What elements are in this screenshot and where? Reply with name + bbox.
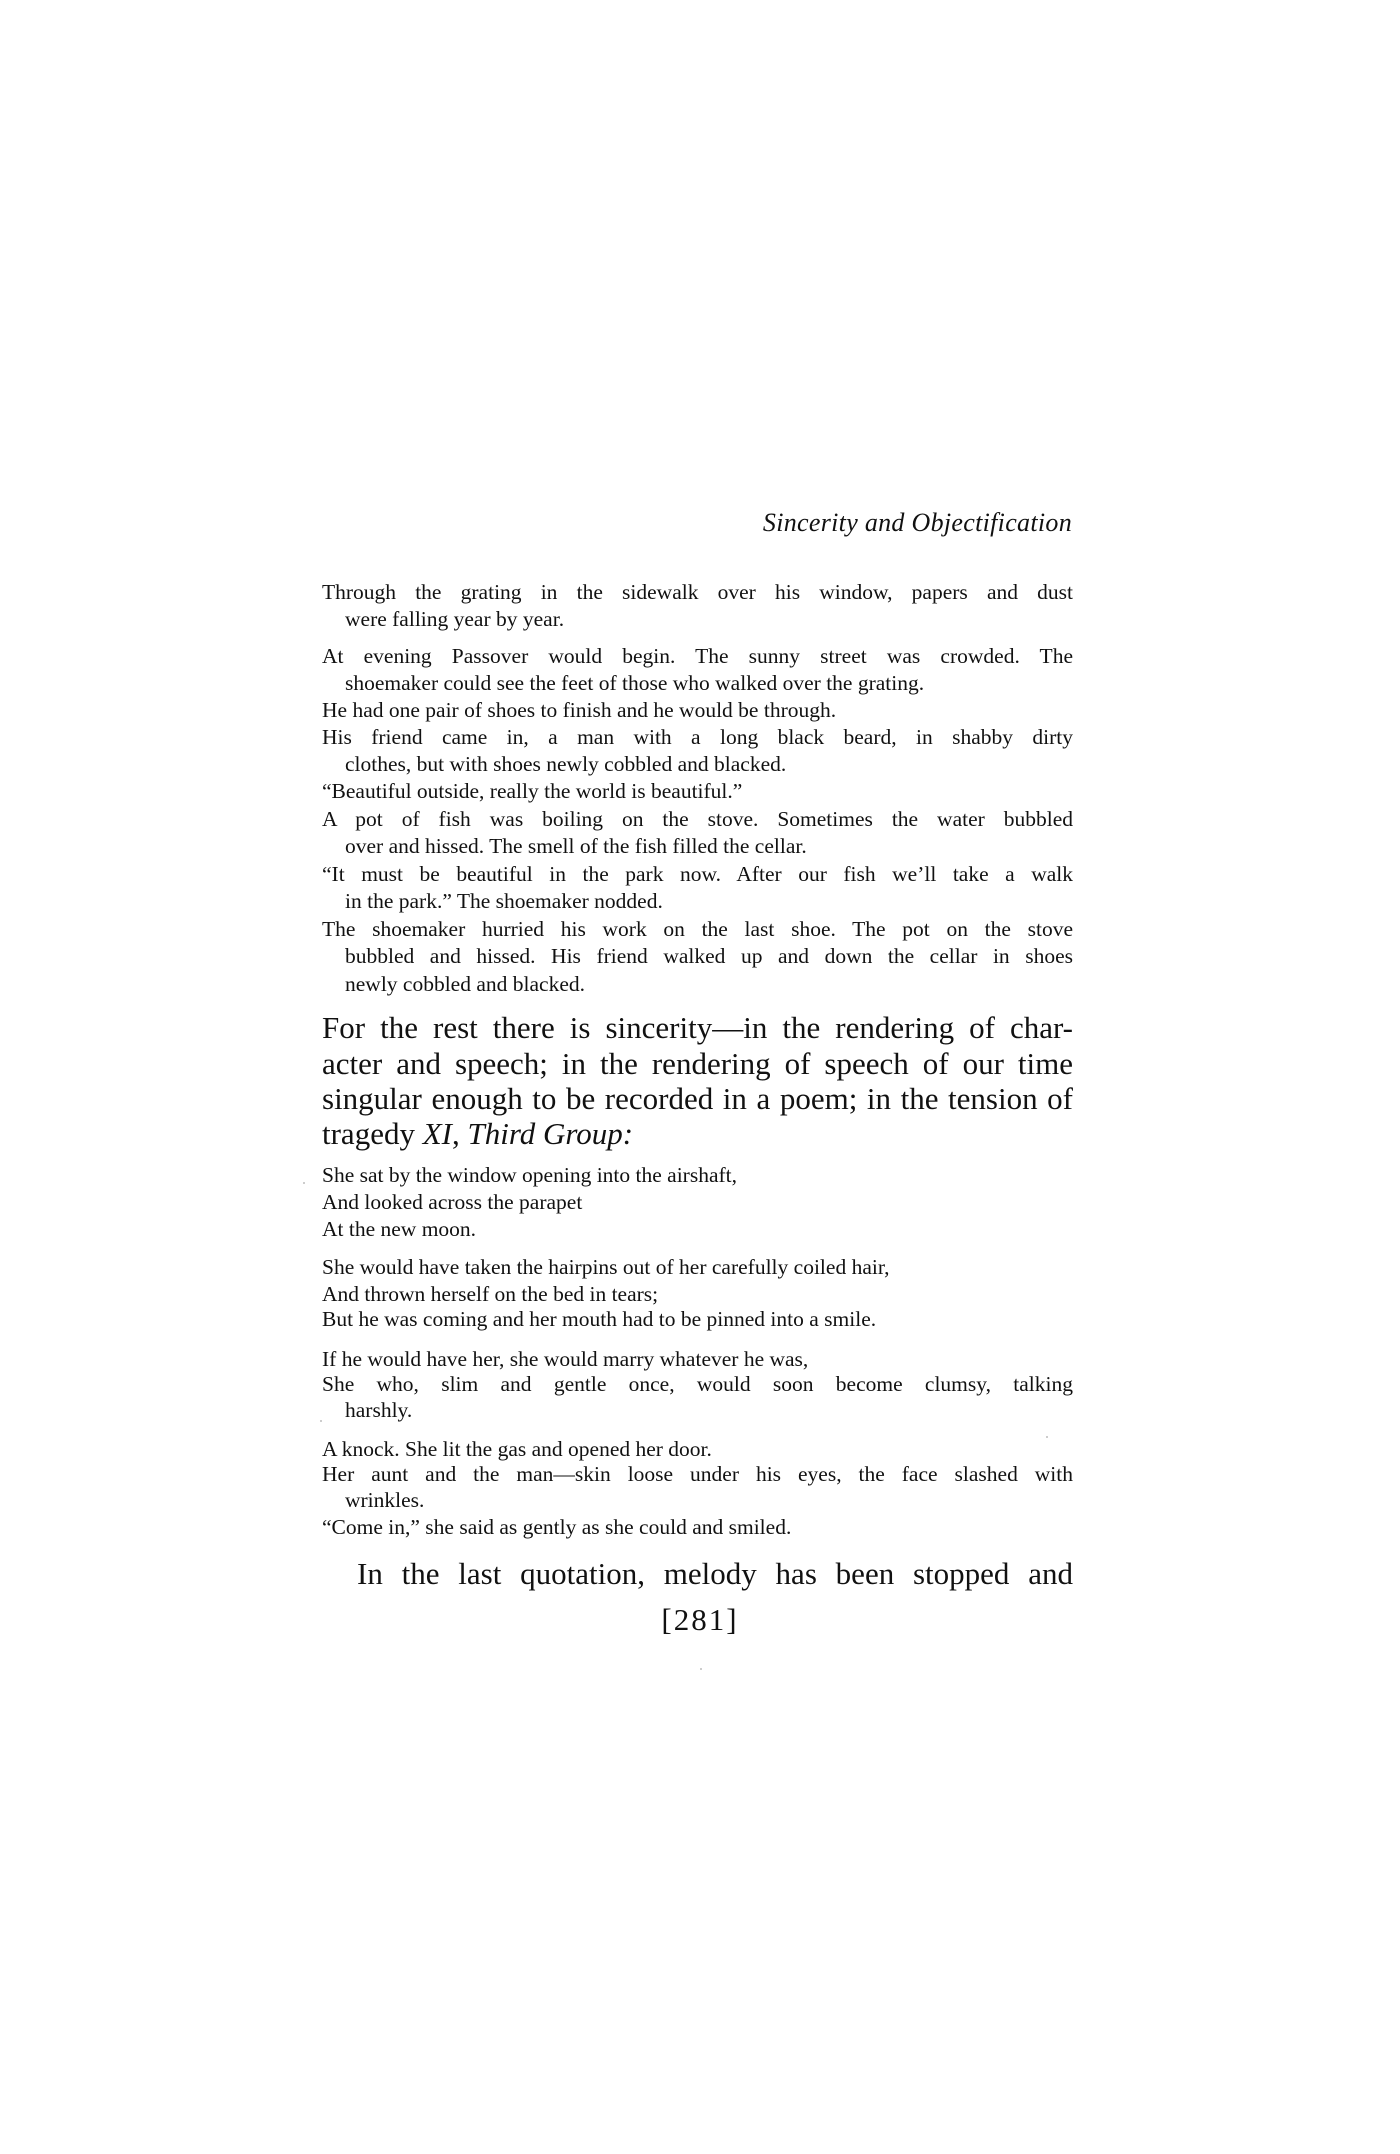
paragraph-continuation-line: In the last quotation, melody has been s… (357, 1556, 1073, 1592)
quote-line: bubbled and hissed. His friend walked up… (345, 943, 1073, 969)
quote-line: clothes, but with shoes newly cobbled an… (345, 751, 786, 777)
paragraph-text: tragedy (322, 1116, 423, 1151)
verse-line: And thrown herself on the bed in tears; (322, 1281, 658, 1307)
scan-speck (303, 1182, 305, 1184)
verse-line: “Come in,” she said as gently as she cou… (322, 1514, 791, 1540)
paragraph-line: singular enough to be recorded in a poem… (322, 1081, 1073, 1117)
verse-line: She would have taken the hairpins out of… (322, 1254, 890, 1280)
quote-line: His friend came in, a man with a long bl… (322, 724, 1073, 750)
verse-line: A knock. She lit the gas and opened her … (322, 1436, 712, 1462)
running-head: Sincerity and Objectification (322, 507, 1072, 539)
paragraph-text: , (452, 1116, 468, 1151)
paragraph-line: acter and speech; in the rendering of sp… (322, 1046, 1073, 1082)
quote-line: newly cobbled and blacked. (345, 971, 585, 997)
verse-line: wrinkles. (345, 1487, 424, 1513)
paragraph-line: tragedy XI, Third Group: (322, 1116, 633, 1152)
quote-line: “It must be beautiful in the park now. A… (322, 861, 1073, 887)
verse-line: She sat by the window opening into the a… (322, 1162, 737, 1188)
verse-line: But he was coming and her mouth had to b… (322, 1306, 876, 1332)
scan-speck (700, 1668, 702, 1670)
quote-line: At evening Passover would begin. The sun… (322, 643, 1073, 669)
verse-line: Her aunt and the man—skin loose under hi… (322, 1461, 1073, 1487)
quote-line: He had one pair of shoes to finish and h… (322, 697, 836, 723)
quote-line: in the park.” The shoemaker nodded. (345, 888, 663, 914)
poem-group-title: Third Group: (467, 1116, 633, 1151)
scan-speck (320, 1420, 322, 1422)
verse-line: At the new moon. (322, 1216, 476, 1242)
poem-title-numeral: XI (423, 1116, 452, 1151)
verse-line: harshly. (345, 1397, 412, 1423)
book-page: Sincerity and Objectification Through th… (0, 0, 1400, 2154)
paragraph-line: For the rest there is sincerity—in the r… (322, 1010, 1073, 1046)
quote-line: Through the grating in the sidewalk over… (322, 579, 1073, 605)
verse-line: She who, slim and gentle once, would soo… (322, 1371, 1073, 1397)
page-number: [281] (600, 1602, 800, 1638)
scan-speck (1046, 1436, 1048, 1438)
quote-line: “Beautiful outside, really the world is … (322, 778, 742, 804)
verse-line: If he would have her, she would marry wh… (322, 1346, 808, 1372)
verse-line: And looked across the parapet (322, 1189, 582, 1215)
quote-line: A pot of fish was boiling on the stove. … (322, 806, 1073, 832)
quote-line: over and hissed. The smell of the fish f… (345, 833, 807, 859)
quote-line: The shoemaker hurried his work on the la… (322, 916, 1073, 942)
quote-line: were falling year by year. (345, 606, 564, 632)
quote-line: shoemaker could see the feet of those wh… (345, 670, 924, 696)
